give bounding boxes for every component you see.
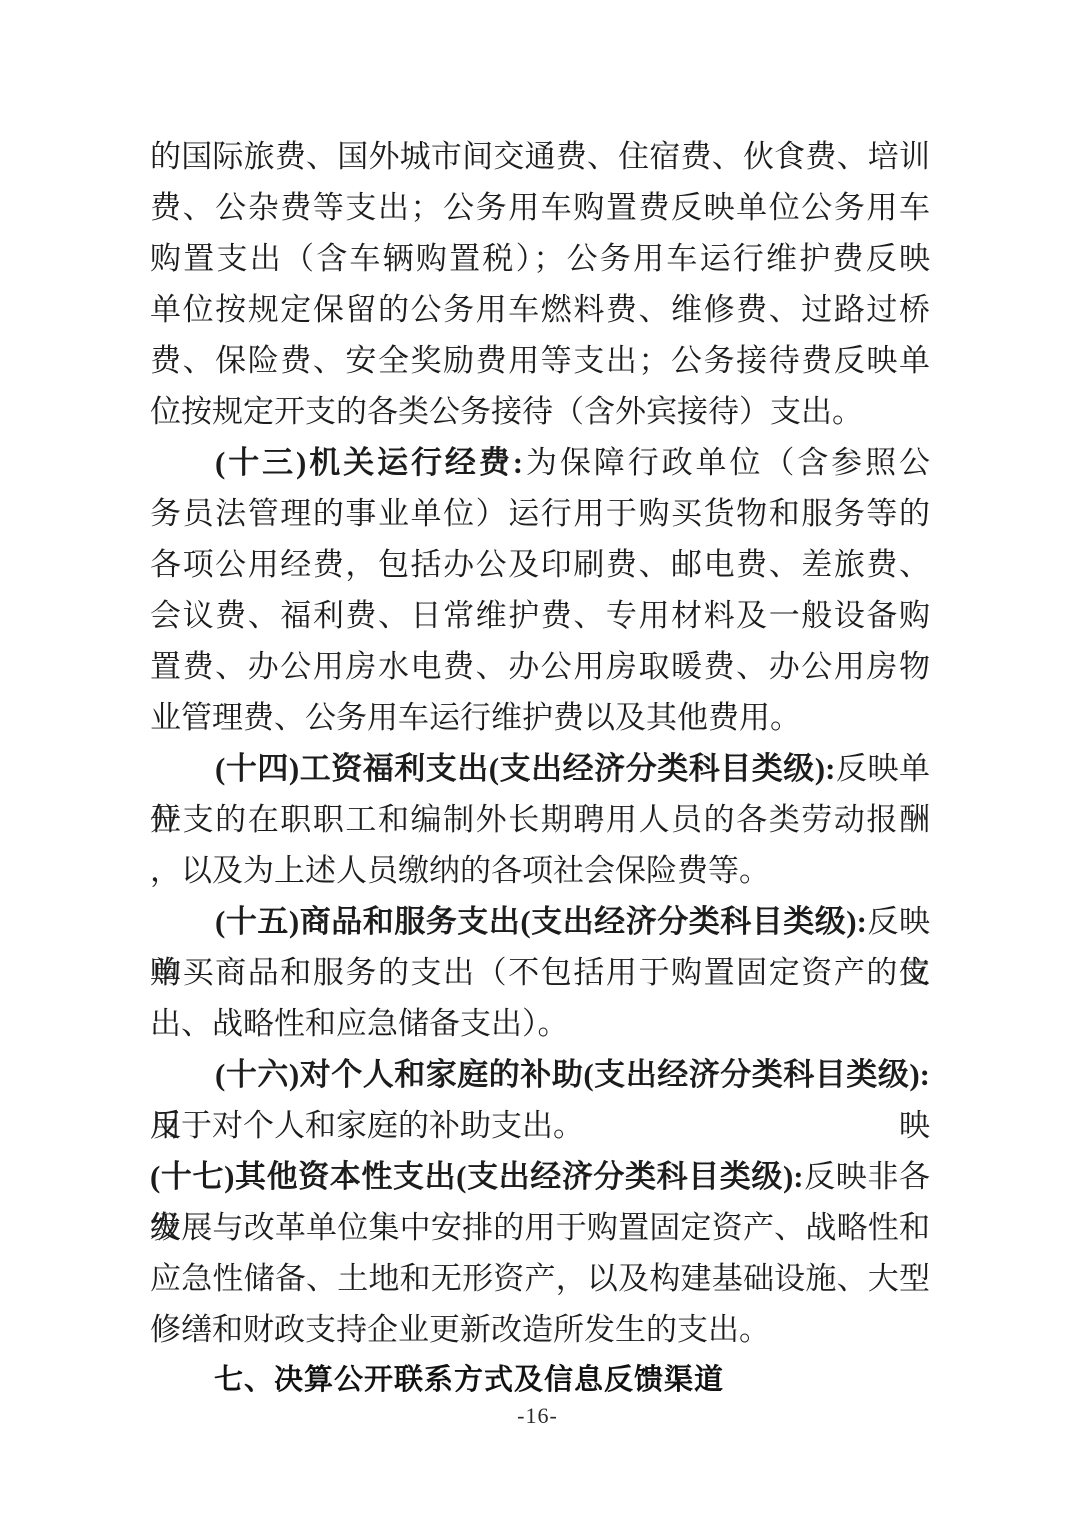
text-line: 的国际旅费、国外城市间交通费、住宿费、伙食费、培训 [150, 131, 930, 182]
line-text: 的国际旅费、国外城市间交通费、住宿费、伙食费、培训 [150, 139, 930, 174]
line-text: 务员法管理的事业单位）运行用于购买货物和服务等的 [150, 496, 930, 531]
line-text: 置费、办公用房水电费、办公用房取暖费、办公用房物 [150, 649, 930, 684]
paragraph: (十七)其他资本性支出(支出经济分类科目类级):反映非各级发展与改革单位集中安排… [150, 1151, 930, 1355]
run-in-heading: (十七)其他资本性支出(支出经济分类科目类级): [150, 1159, 804, 1194]
line-text: 修缮和财政支持企业更新改造所发生的支出。 [150, 1312, 770, 1347]
section-heading: 七、决算公开联系方式及信息反馈渠道 [150, 1355, 930, 1406]
line-text: 开支的在职职工和编制外长期聘用人员的各类劳动报酬 [150, 802, 930, 837]
run-in-heading: (十三)机关运行经费: [215, 445, 523, 480]
line-text: 为保障行政单位（含参照公 [523, 445, 930, 480]
line-text: 单位按规定保留的公务用车燃料费、维修费、过路过桥 [150, 292, 930, 327]
text-line: 业管理费、公务用车运行维护费以及其他费用。 [150, 692, 930, 743]
line-text: 发展与改革单位集中安排的用于购置固定资产、战略性和 [150, 1210, 930, 1245]
text-line: 位按规定开支的各类公务接待（含外宾接待）支出。 [150, 386, 930, 437]
text-line: 费、保险费、安全奖励费用等支出；公务接待费反映单 [150, 335, 930, 386]
line-text: ，以及为上述人员缴纳的各项社会保险费等。 [150, 853, 770, 888]
document-page: 的国际旅费、国外城市间交通费、住宿费、伙食费、培训费、公杂费等支出；公务用车购置… [0, 0, 1075, 1520]
text-line: 会议费、福利费、日常维护费、专用材料及一般设备购 [150, 590, 930, 641]
text-line: 开支的在职职工和编制外长期聘用人员的各类劳动报酬 [150, 794, 930, 845]
text-line: 出、战略性和应急储备支出）。 [150, 998, 930, 1049]
text-line: 修缮和财政支持企业更新改造所发生的支出。 [150, 1304, 930, 1355]
text-line: ，以及为上述人员缴纳的各项社会保险费等。 [150, 845, 930, 896]
line-text: 业管理费、公务用车运行维护费以及其他费用。 [150, 700, 801, 735]
line-text: 位按规定开支的各类公务接待（含外宾接待）支出。 [150, 394, 863, 429]
paragraph: (十三)机关运行经费:为保障行政单位（含参照公务员法管理的事业单位）运行用于购买… [150, 437, 930, 743]
run-in-heading: (十四)工资福利支出(支出经济分类科目类级): [215, 751, 835, 786]
text-line: (十六)对个人和家庭的补助(支出经济分类科目类级): 反映 [150, 1049, 930, 1100]
line-text: 购置支出（含车辆购置税）；公务用车运行维护费反映 [150, 241, 930, 276]
text-line: 各项公用经费，包括办公及印刷费、邮电费、差旅费、 [150, 539, 930, 590]
run-in-heading: (十五)商品和服务支出(支出经济分类科目类级): [215, 904, 867, 939]
line-text: 出、战略性和应急储备支出）。 [150, 1006, 569, 1041]
text-line: 发展与改革单位集中安排的用于购置固定资产、战略性和 [150, 1202, 930, 1253]
text-line: (十七)其他资本性支出(支出经济分类科目类级):反映非各级 [150, 1151, 930, 1202]
line-text: 会议费、福利费、日常维护费、专用材料及一般设备购 [150, 598, 930, 633]
paragraph: (十四)工资福利支出(支出经济分类科目类级):反映单位开支的在职职工和编制外长期… [150, 743, 930, 896]
line-text: 购买商品和服务的支出（不包括用于购置固定资产的支 [150, 955, 930, 990]
text-line: (十四)工资福利支出(支出经济分类科目类级):反映单位 [150, 743, 930, 794]
text-line: 置费、办公用房水电费、办公用房取暖费、办公用房物 [150, 641, 930, 692]
paragraph: (十五)商品和服务支出(支出经济分类科目类级):反映单位购买商品和服务的支出（不… [150, 896, 930, 1049]
text-line: 应急性储备、土地和无形资产，以及构建基础设施、大型 [150, 1253, 930, 1304]
line-text: 用于对个人和家庭的补助支出。 [150, 1108, 584, 1143]
line-text: 费、公杂费等支出；公务用车购置费反映单位公务用车 [150, 190, 930, 225]
text-line: (十五)商品和服务支出(支出经济分类科目类级):反映单位 [150, 896, 930, 947]
run-in-heading: (十六)对个人和家庭的补助(支出经济分类科目类级): [215, 1057, 930, 1092]
text-line: 费、公杂费等支出；公务用车购置费反映单位公务用车 [150, 182, 930, 233]
line-text: 各项公用经费，包括办公及印刷费、邮电费、差旅费、 [150, 547, 930, 582]
text-line: 务员法管理的事业单位）运行用于购买货物和服务等的 [150, 488, 930, 539]
text-line: (十三)机关运行经费:为保障行政单位（含参照公 [150, 437, 930, 488]
paragraph: 的国际旅费、国外城市间交通费、住宿费、伙食费、培训费、公杂费等支出；公务用车购置… [150, 131, 930, 437]
text-line: 购置支出（含车辆购置税）；公务用车运行维护费反映 [150, 233, 930, 284]
paragraphs-container: 的国际旅费、国外城市间交通费、住宿费、伙食费、培训费、公杂费等支出；公务用车购置… [150, 131, 930, 1355]
paragraph: (十六)对个人和家庭的补助(支出经济分类科目类级): 反映用于对个人和家庭的补助… [150, 1049, 930, 1151]
line-text: 应急性储备、土地和无形资产，以及构建基础设施、大型 [150, 1261, 930, 1296]
document-body: 的国际旅费、国外城市间交通费、住宿费、伙食费、培训费、公杂费等支出；公务用车购置… [150, 131, 930, 1406]
text-line: 购买商品和服务的支出（不包括用于购置固定资产的支 [150, 947, 930, 998]
page-number: -16- [0, 1403, 1075, 1429]
line-text: 费、保险费、安全奖励费用等支出；公务接待费反映单 [150, 343, 930, 378]
text-line: 单位按规定保留的公务用车燃料费、维修费、过路过桥 [150, 284, 930, 335]
